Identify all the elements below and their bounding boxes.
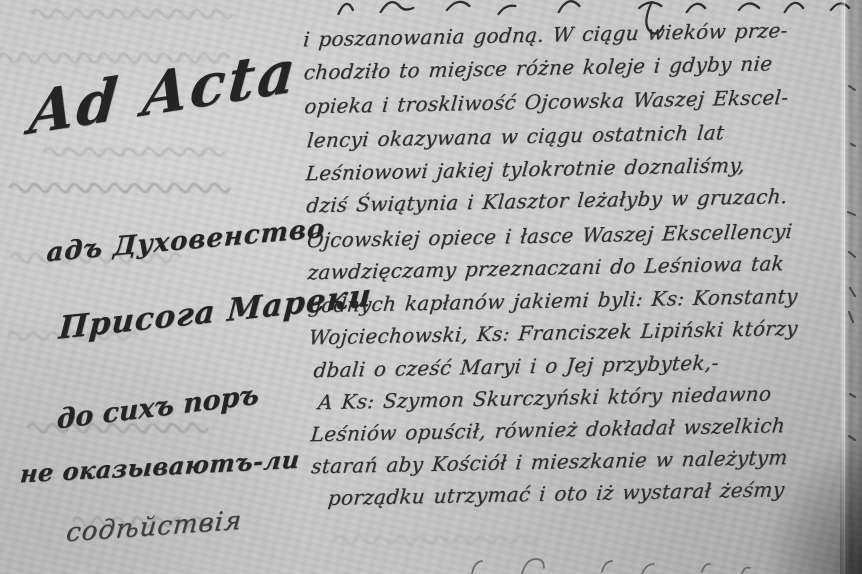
margin-note-clergy: адъ Духовенство	[46, 214, 326, 269]
manuscript-line-5: Leśniowowi jakiej tylokrotnie doznaliśmy…	[305, 153, 746, 185]
manuscript-line-7: Ojcowskiej opiece i łasce Waszej Ekscell…	[306, 219, 793, 252]
manuscript-line-13: Leśniów opuścił, również dokładał wszelk…	[310, 413, 786, 446]
manuscript-line-4: lencyi okazywana w ciągu ostatnich lat	[306, 120, 725, 152]
manuscript-line-15: porządku utrzymać i oto iż wystarał żeśm…	[327, 477, 785, 510]
manuscript-line-14: starań aby Kościół i mieszkanie w należy…	[310, 445, 788, 478]
manuscript-line-3: opieka i troskliwość Ojcowska Waszej Eks…	[303, 85, 789, 118]
manuscript-line-2: chodziło to miejsce różne koleje i gdyby…	[303, 51, 774, 84]
adjacent-page-ink-marks	[840, 0, 862, 574]
margin-note-until-now: до сихъ поръ	[56, 379, 259, 435]
manuscript-line-12: A Ks: Szymon Skurczyński który niedawno	[317, 381, 772, 414]
manuscript-line-6: dziś Świątynia i Klasztor leżałyby w gru…	[305, 184, 788, 217]
manuscript-page-scan: i poszanowania godną. W ciągu wieków prz…	[0, 0, 862, 574]
manuscript-line-11: dbali o cześć Maryi i o Jej przybytek,-	[313, 350, 720, 382]
manuscript-line-1: i poszanowania godną. W ciągu wieków prz…	[302, 18, 789, 51]
page-binding-edge	[840, 0, 862, 574]
manuscript-line-10: Wojciechowski, Ks: Franciszek Lipiński k…	[308, 316, 799, 349]
margin-note-do-they-not: не оказываютъ-ли	[19, 445, 301, 489]
margin-note-ad-acta: Ad Acta	[27, 36, 301, 148]
manuscript-line-9: godnych kapłanów jakiemi byli: Ks: Konst…	[307, 284, 798, 317]
manuscript-line-8: zawdzięczamy przeznaczani do Leśniowa ta…	[307, 251, 785, 284]
main-text-block: i poszanowania godną. W ciągu wieków prz…	[303, 0, 862, 574]
margin-note-assistance: содѣйствія	[65, 506, 243, 549]
